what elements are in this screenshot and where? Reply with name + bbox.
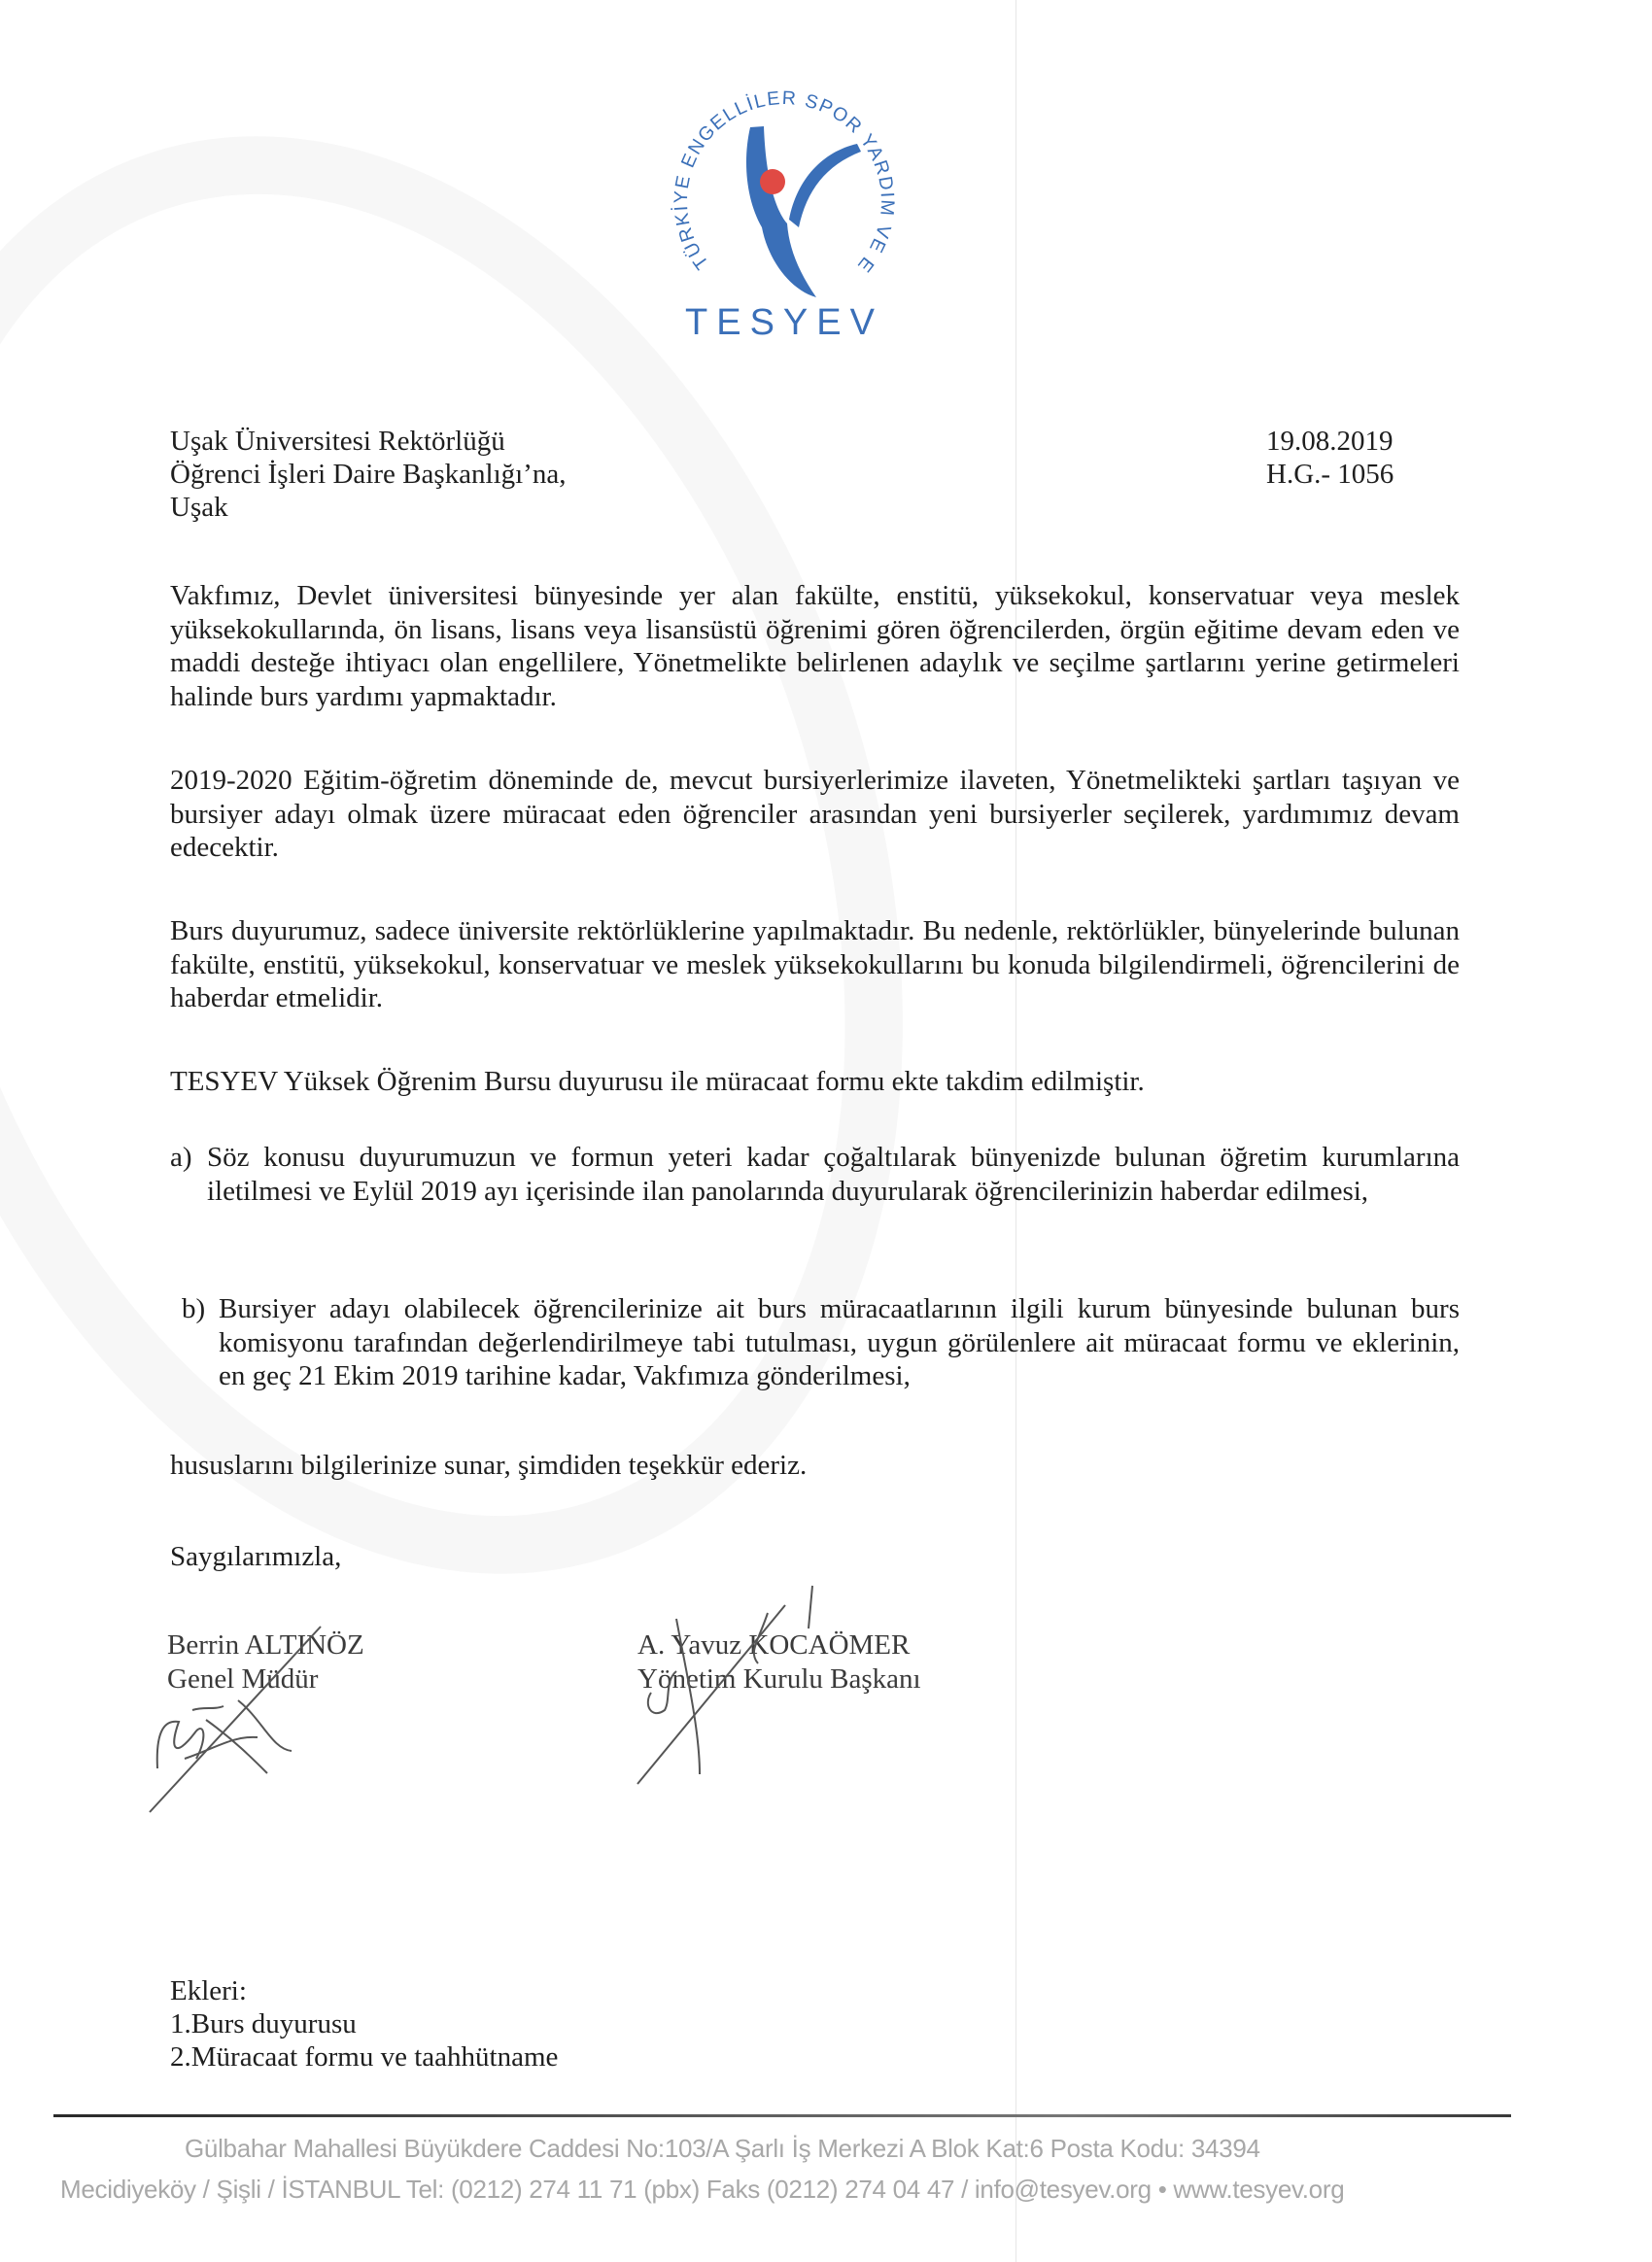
paragraph-1: Vakfımız, Devlet üniversitesi bünyesinde… <box>170 579 1460 713</box>
paragraph-3: Burs duyurumuz, sadece üniversite rektör… <box>170 914 1460 1015</box>
recipient-address: Uşak Üniversitesi Rektörlüğü Öğrenci İşl… <box>170 425 566 524</box>
paragraph-2: 2019-2020 Eğitim-öğretim döneminde de, m… <box>170 764 1460 865</box>
closing-salutation: Saygılarımızla, <box>170 1540 341 1573</box>
paragraph-4: TESYEV Yüksek Öğrenim Bursu duyurusu ile… <box>170 1065 1460 1099</box>
tesyev-logo: TÜRKİYE ENGELLİLER SPOR YARDIM VE EĞİTİM… <box>653 64 915 346</box>
reference-number: H.G.- 1056 <box>1266 458 1394 491</box>
recipient-line-3: Uşak <box>170 491 566 524</box>
signatory-2-title: Yönetim Kurulu Başkanı <box>637 1662 921 1696</box>
attachments-heading: Ekleri: <box>170 1974 558 2007</box>
footer-divider <box>53 2114 1511 2117</box>
list-marker: a) <box>170 1141 207 1208</box>
list-item: a) Söz konusu duyurumuzun ve formun yete… <box>170 1141 1460 1208</box>
signatory-1: Berrin ALTINÖZ Genel Müdür <box>167 1628 364 1696</box>
svg-text:TESYEV: TESYEV <box>685 302 883 343</box>
paper-fold-line <box>1015 0 1016 2262</box>
list-item-text: Bursiyer adayı olabilecek öğrencileriniz… <box>219 1292 1460 1393</box>
list-marker: b) <box>182 1292 219 1393</box>
footer-contact-line: Mecidiyeköy / Şişli / İSTANBUL Tel: (021… <box>60 2175 1652 2205</box>
recipient-line-1: Uşak Üniversitesi Rektörlüğü <box>170 425 566 458</box>
attachments: Ekleri: 1.Burs duyurusu 2.Müracaat formu… <box>170 1974 558 2073</box>
footer-address-line: Gülbahar Mahallesi Büyükdere Caddesi No:… <box>185 2134 1652 2164</box>
list-item: b) Bursiyer adayı olabilecek öğrencileri… <box>182 1292 1460 1393</box>
signatory-1-title: Genel Müdür <box>167 1662 364 1696</box>
recipient-line-2: Öğrenci İşleri Daire Başkanlığı’na, <box>170 458 566 491</box>
reference-block: 19.08.2019 H.G.- 1056 <box>1266 425 1394 491</box>
signatory-2: A. Yavuz KOCAÖMER Yönetim Kurulu Başkanı <box>637 1628 921 1696</box>
letter-date: 19.08.2019 <box>1266 425 1394 458</box>
signatory-2-name: A. Yavuz KOCAÖMER <box>637 1628 921 1662</box>
paragraph-closing-request: hususlarını bilgilerinize sunar, şimdide… <box>170 1449 807 1483</box>
signatory-1-name: Berrin ALTINÖZ <box>167 1628 364 1662</box>
list-item-text: Söz konusu duyurumuzun ve formun yeteri … <box>207 1141 1460 1208</box>
attachment-item: 1.Burs duyurusu <box>170 2007 558 2040</box>
attachment-item: 2.Müracaat formu ve taahhütname <box>170 2040 558 2073</box>
tesyev-emblem-icon: TÜRKİYE ENGELLİLER SPOR YARDIM VE EĞİTİM… <box>653 64 915 346</box>
